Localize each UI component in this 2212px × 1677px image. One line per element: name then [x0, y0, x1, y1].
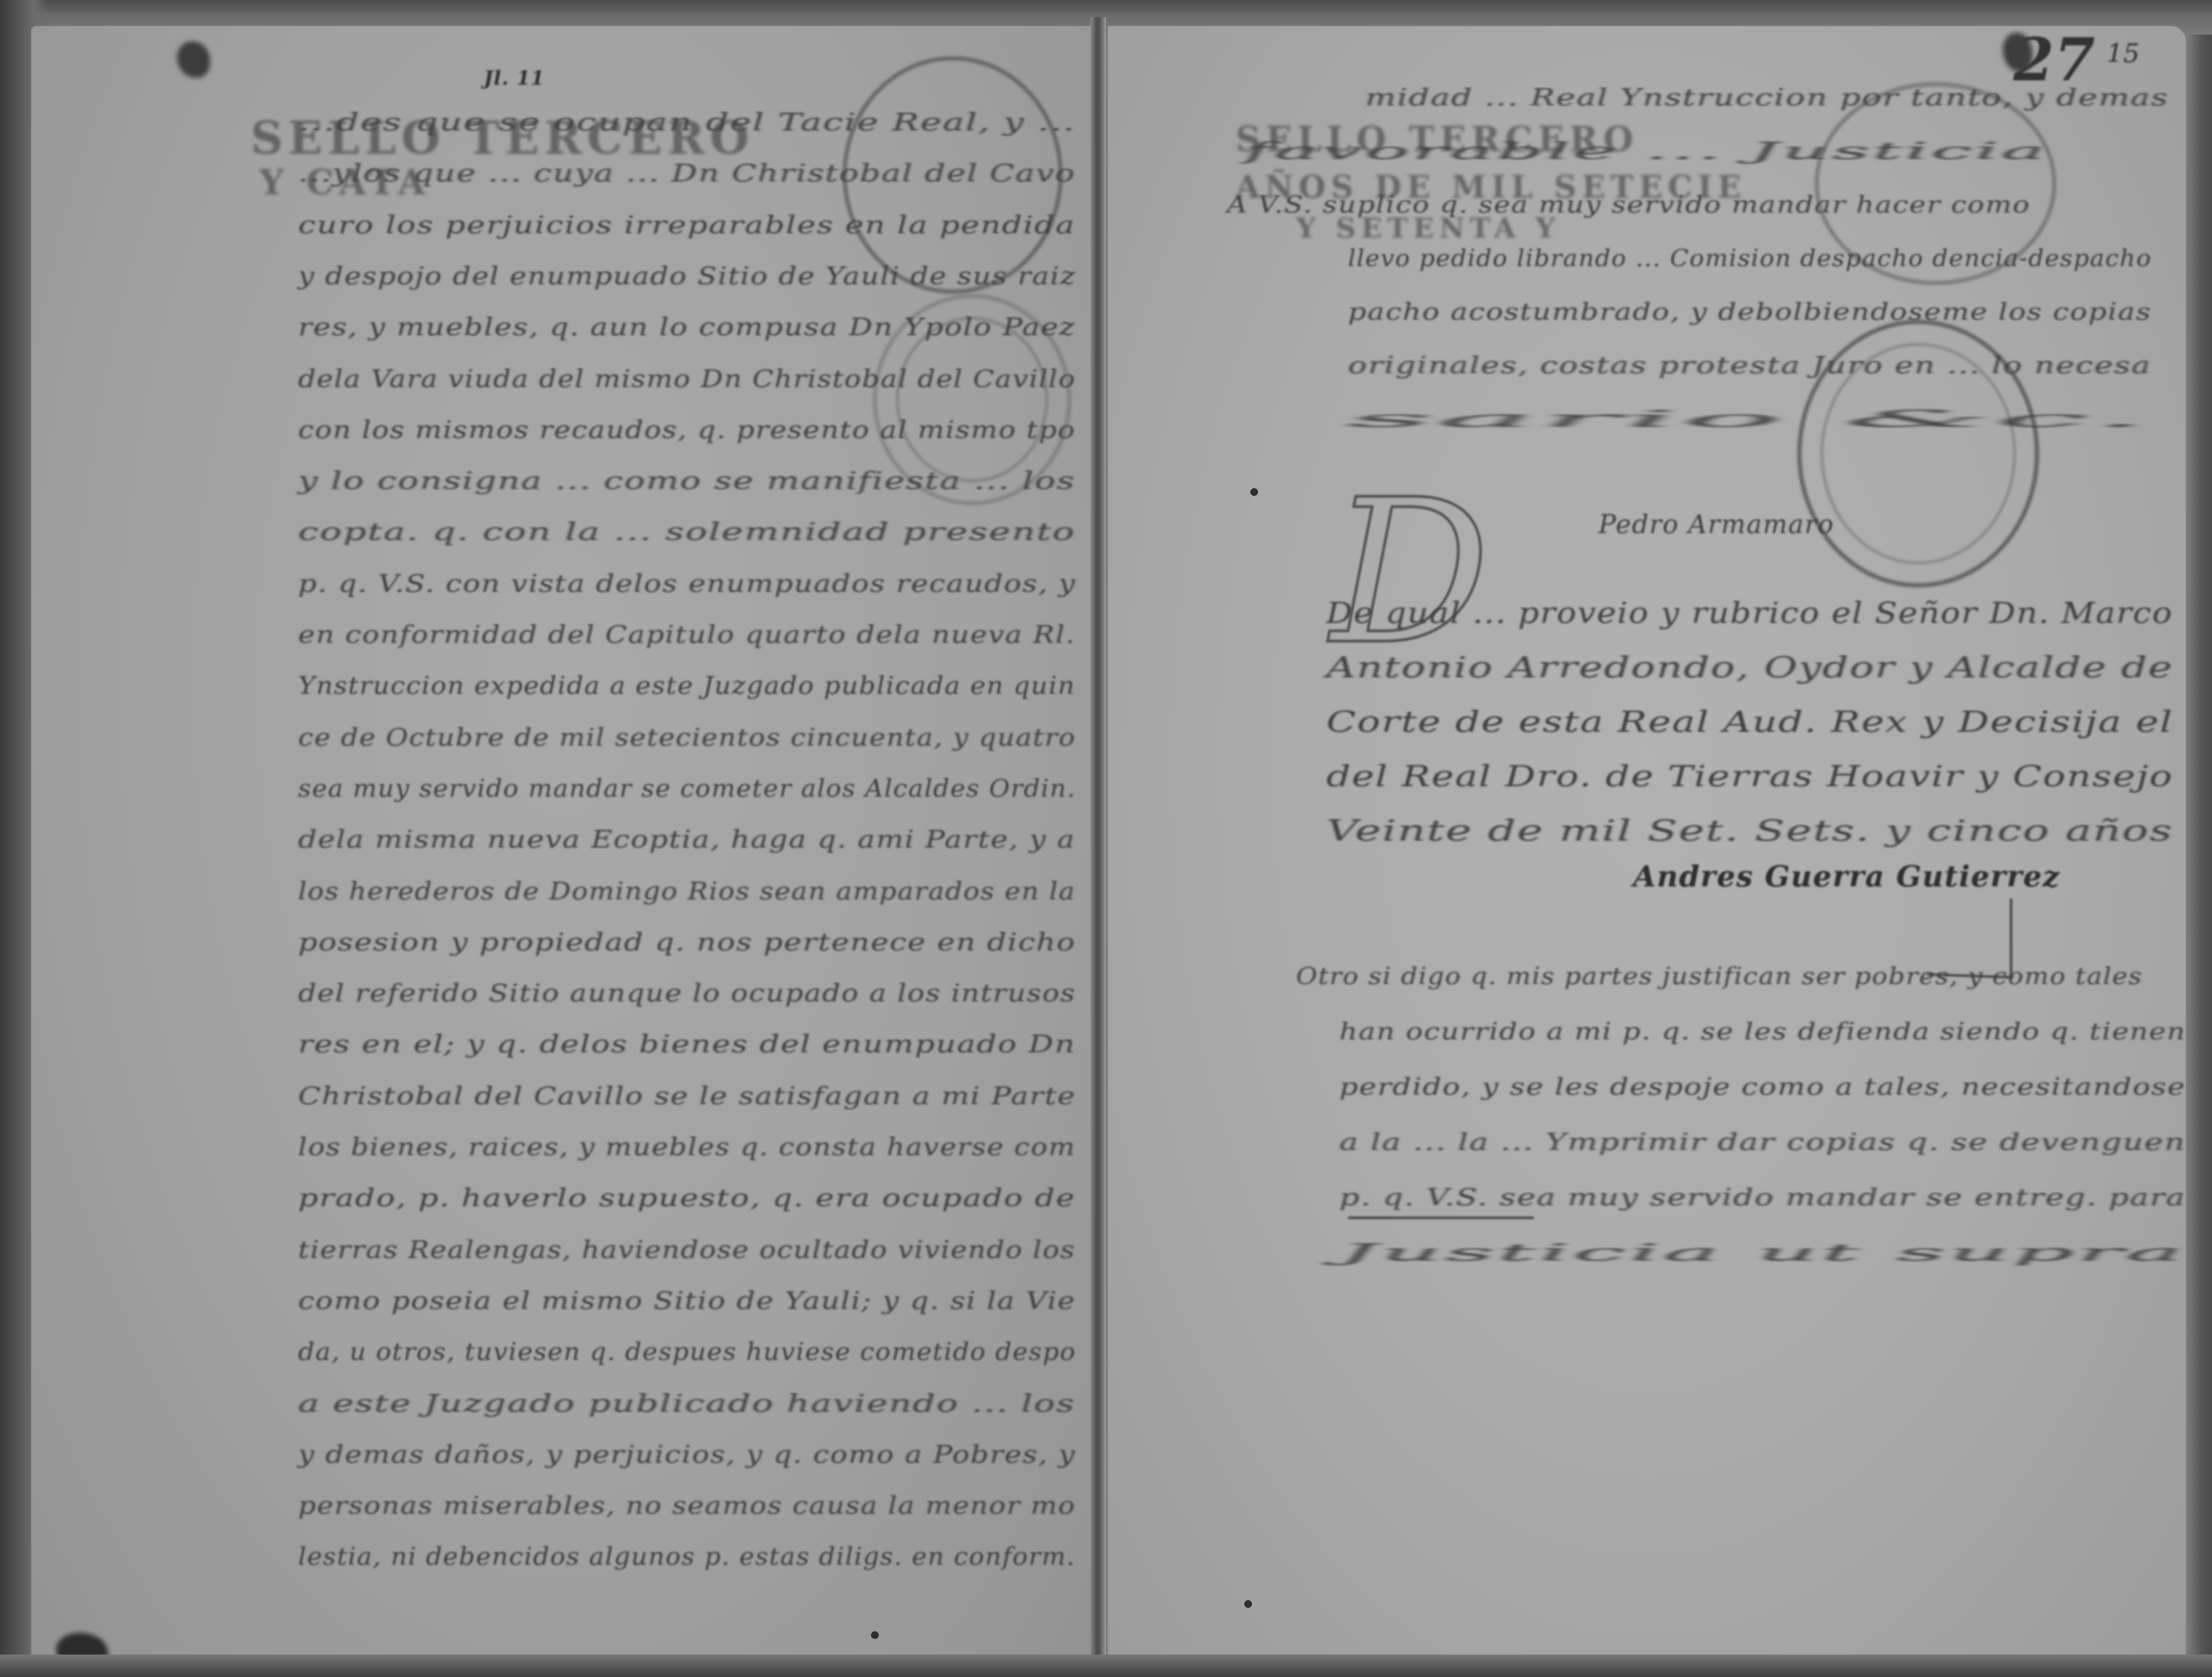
right-edge — [2186, 35, 2212, 1659]
book-spine — [1090, 17, 1106, 1659]
text-line: copta. q. con la ... solemnidad presento — [298, 518, 1076, 546]
text-line: A V.S. suplico q. sea muy servido mandar… — [1227, 192, 2031, 219]
text-line: del Real Dro. de Tierras Hoavir y Consej… — [1326, 759, 2173, 794]
signature-top: Pedro Armamaro — [1599, 510, 1834, 540]
text-line: Justicia ut supra — [1339, 1240, 2186, 1267]
text-line: p. q. V.S. sea muy servido mandar se ent… — [1339, 1185, 2186, 1211]
text-line: sea muy servido mandar se cometer alos A… — [298, 774, 1076, 803]
ink-dot — [871, 1631, 879, 1639]
text-line: dela misma nueva Ecoptia, haga q. ami Pa… — [298, 825, 1076, 854]
text-line: Corte de esta Real Aud. Rex y Decisija e… — [1326, 705, 2173, 740]
text-line: los herederos de Domingo Rios sean ampar… — [298, 877, 1076, 905]
text-line: Ynstruccion expedida a este Juzgado publ… — [298, 671, 1076, 700]
text-line: ...des que se ocupan del Tacie Real, y .… — [298, 108, 1076, 137]
text-line: con los mismos recaudos, q. presento al … — [298, 416, 1076, 444]
text-line: De qual ... proveio y rubrico el Señor D… — [1326, 596, 2173, 631]
text-line: los bienes, raices, y muebles q. consta … — [298, 1133, 1076, 1161]
text-line: del referido Sitio aunque lo ocupado a l… — [298, 979, 1076, 1007]
text-line: midad ... Real Ynstruccion por tanto, y … — [1365, 85, 2169, 111]
text-line: pacho acostumbrado, y debolbiendoseme lo… — [1348, 299, 2152, 326]
text-line: originales, costas protesta Juro en ... … — [1348, 353, 2152, 379]
text-line: lestia, ni debencidos algunos p. estas d… — [298, 1542, 1076, 1571]
bottom-edge — [0, 1655, 2212, 1677]
text-line: en conformidad del Capitulo quarto dela … — [298, 620, 1076, 649]
text-line: y despojo del enumpuado Sitio de Yauli d… — [298, 262, 1076, 290]
text-line: tierras Realengas, haviendose ocultado v… — [298, 1236, 1076, 1264]
text-line: personas miserables, no seamos causa la … — [298, 1491, 1076, 1520]
text-line: curo los perjuicios irreparables en la p… — [298, 211, 1076, 239]
text-line: favorable ... Justicia — [1244, 138, 2048, 165]
text-line: sario &c. — [1348, 406, 2152, 433]
text-line: a la ... la ... Ymprimir dar copias q. s… — [1339, 1129, 2186, 1156]
underline — [1348, 1216, 1534, 1219]
text-line: llevo pedido librando ... Comision despa… — [1348, 245, 2152, 272]
text-line: ...ylos que ... cuya ... Dn Christobal d… — [298, 159, 1076, 187]
text-line: perdido, y se les despoje como a tales, … — [1339, 1074, 2186, 1101]
text-line: Veinte de mil Set. Sets. y cinco años — [1326, 814, 2173, 848]
notary-signature: Andres Guerra Gutierrez — [1633, 860, 2060, 894]
text-line: p. q. V.S. con vista delos enumpuados re… — [298, 569, 1076, 598]
text-line: posesion y propiedad q. nos pertenece en… — [298, 928, 1076, 956]
left-header-mark: Jl. 11 — [484, 67, 545, 90]
text-line: como poseia el mismo Sitio de Yauli; y q… — [298, 1286, 1076, 1315]
text-line: res en el; y q. delos bienes del enumpua… — [298, 1030, 1076, 1058]
text-line: da, u otros, tuviesen q. despues huviese… — [298, 1337, 1076, 1366]
text-line: ce de Octubre de mil setecientos cincuen… — [298, 723, 1076, 752]
ink-dot — [1244, 1600, 1252, 1608]
text-line: Otro si digo q. mis partes justifican se… — [1296, 963, 2143, 990]
text-line: y demas daños, y perjuicios, y q. como a… — [298, 1440, 1076, 1469]
text-line: han ocurrido a mi p. q. se les defienda … — [1339, 1019, 2186, 1045]
text-line: Christobal del Cavillo se le satisfagan … — [298, 1082, 1076, 1110]
text-line: prado, p. haverlo supuesto, q. era ocupa… — [298, 1184, 1076, 1212]
text-line: a este Juzgado publicado haviendo ... lo… — [298, 1389, 1076, 1418]
text-line: y lo consigna ... como se manifiesta ...… — [298, 467, 1076, 495]
folio-secondary: 15 — [2107, 39, 2139, 69]
text-line: Antonio Arredondo, Oydor y Alcalde de — [1326, 651, 2173, 685]
text-line: res, y muebles, q. aun lo compusa Dn Ypo… — [298, 313, 1076, 341]
text-line: dela Vara viuda del mismo Dn Christobal … — [298, 365, 1076, 393]
ink-dot — [1250, 488, 1258, 496]
